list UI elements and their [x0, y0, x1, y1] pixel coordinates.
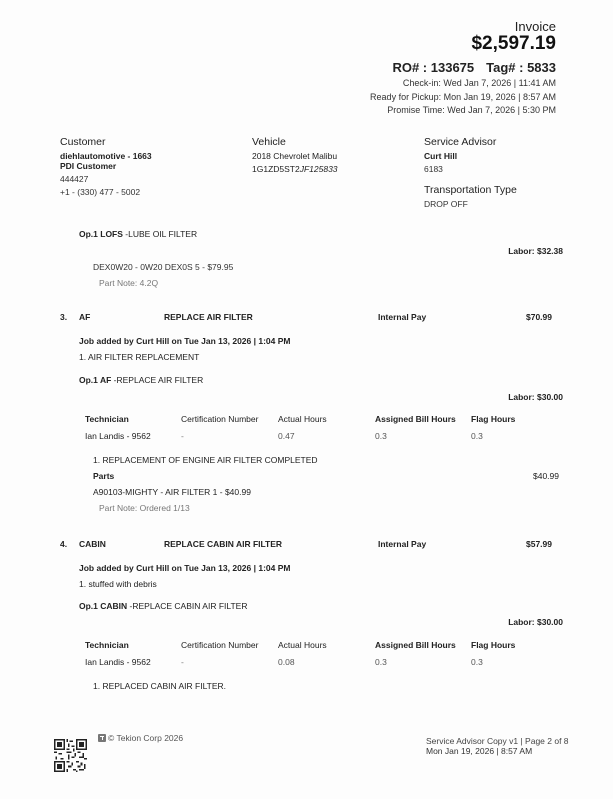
- service-advisor-id: 6183: [424, 164, 443, 174]
- tekion-logo-icon: [98, 734, 106, 742]
- tech-header-technician: Technician: [85, 414, 129, 424]
- job-code: CABIN: [79, 539, 106, 549]
- vehicle-vin: 1G1ZD5ST2JF125833: [252, 164, 338, 174]
- job-pay-type: Internal Pay: [378, 539, 426, 549]
- tech-header-actual: Actual Hours: [278, 414, 327, 424]
- invoice-total: $2,597.19: [471, 33, 556, 55]
- prev-labor: Labor: $32.38: [508, 246, 563, 256]
- job-added-by: Job added by Curt Hill on Tue Jan 13, 20…: [79, 336, 290, 346]
- job-op-code: Op.1 CABIN: [79, 601, 127, 611]
- tech-flag-hours: 0.3: [471, 657, 483, 667]
- tech-header-cert: Certification Number: [181, 640, 258, 650]
- promise-time: Promise Time: Wed Jan 7, 2026 | 5:30 PM: [387, 105, 556, 115]
- tech-header-technician: Technician: [85, 640, 129, 650]
- customer-type: PDI Customer: [60, 161, 116, 171]
- service-advisor-name: Curt Hill: [424, 151, 457, 161]
- vehicle-description: 2018 Chevrolet Malibu: [252, 151, 337, 161]
- prev-part: DEX0W20 - 0W20 DEX0S 5 - $79.95: [93, 262, 233, 272]
- tech-header-cert: Certification Number: [181, 414, 258, 424]
- job-number: 4.: [60, 539, 67, 549]
- job-added-by: Job added by Curt Hill on Tue Jan 13, 20…: [79, 563, 290, 573]
- ro-number: RO# : 133675: [392, 60, 474, 75]
- job-op-line: Op.1 CABIN -REPLACE CABIN AIR FILTER: [79, 601, 247, 611]
- footer-copy-info: Service Advisor Copy v1 | Page 2 of 8: [426, 736, 569, 746]
- job-amount: $57.99: [526, 539, 552, 549]
- job-correction: 1. REPLACEMENT OF ENGINE AIR FILTER COMP…: [93, 455, 318, 465]
- job-title: REPLACE AIR FILTER: [164, 312, 253, 322]
- prev-op-code: Op.1 LOFS: [79, 229, 123, 239]
- qr-code-icon: [54, 739, 87, 772]
- job-op-desc: -REPLACE CABIN AIR FILTER: [130, 601, 248, 611]
- footer-printed-time: Mon Jan 19, 2026 | 8:57 AM: [426, 746, 532, 756]
- tech-header-assigned: Assigned Bill Hours: [375, 640, 456, 650]
- check-in-time: Check-in: Wed Jan 7, 2026 | 11:41 AM: [403, 78, 556, 88]
- tech-bill-hours: 0.3: [375, 431, 387, 441]
- job-code: AF: [79, 312, 90, 322]
- job-title: REPLACE CABIN AIR FILTER: [164, 539, 282, 549]
- customer-heading: Customer: [60, 136, 106, 148]
- job-number: 3.: [60, 312, 67, 322]
- part-line: A90103-MIGHTY - AIR FILTER 1 - $40.99: [93, 487, 251, 497]
- job-labor: Labor: $30.00: [508, 392, 563, 402]
- footer-copyright: © Tekion Corp 2026: [108, 733, 183, 743]
- vin-suffix: JF125833: [300, 164, 338, 174]
- tech-name: Ian Landis - 9562: [85, 431, 151, 441]
- prev-op-desc: -LUBE OIL FILTER: [125, 229, 197, 239]
- tech-header-flag: Flag Hours: [471, 414, 515, 424]
- job-op-line: Op.1 AF -REPLACE AIR FILTER: [79, 375, 203, 385]
- vehicle-heading: Vehicle: [252, 136, 286, 148]
- tech-actual-hours: 0.47: [278, 431, 295, 441]
- transportation-value: DROP OFF: [424, 199, 468, 209]
- job-correction: 1. REPLACED CABIN AIR FILTER.: [93, 681, 226, 691]
- tech-cert: -: [181, 657, 184, 667]
- tech-header-flag: Flag Hours: [471, 640, 515, 650]
- tech-flag-hours: 0.3: [471, 431, 483, 441]
- tech-header-actual: Actual Hours: [278, 640, 327, 650]
- customer-name: diehlautomotive - 1663: [60, 151, 152, 161]
- tech-bill-hours: 0.3: [375, 657, 387, 667]
- service-advisor-heading: Service Advisor: [424, 136, 496, 148]
- tech-actual-hours: 0.08: [278, 657, 295, 667]
- footer-copyright-line: © Tekion Corp 2026: [98, 733, 183, 743]
- tag-number: Tag# : 5833: [486, 60, 556, 75]
- job-labor: Labor: $30.00: [508, 617, 563, 627]
- prev-op-line: Op.1 LOFS -LUBE OIL FILTER: [79, 229, 197, 239]
- transportation-heading: Transportation Type: [424, 184, 517, 196]
- tech-header-assigned: Assigned Bill Hours: [375, 414, 456, 424]
- vin-prefix: 1G1ZD5ST2: [252, 164, 300, 174]
- tech-name: Ian Landis - 9562: [85, 657, 151, 667]
- customer-id: 444427: [60, 174, 88, 184]
- customer-phone: +1 - (330) 477 - 5002: [60, 187, 140, 197]
- parts-label: Parts: [93, 471, 114, 481]
- job-concern: 1. stuffed with debris: [79, 579, 157, 589]
- ro-tag-line: RO# : 133675Tag# : 5833: [392, 60, 556, 75]
- job-op-code: Op.1 AF: [79, 375, 111, 385]
- tech-cert: -: [181, 431, 184, 441]
- job-op-desc: -REPLACE AIR FILTER: [114, 375, 204, 385]
- ready-for-pickup-time: Ready for Pickup: Mon Jan 19, 2026 | 8:5…: [370, 92, 556, 102]
- invoice-title: Invoice: [515, 19, 556, 34]
- job-concern: 1. AIR FILTER REPLACEMENT: [79, 352, 199, 362]
- prev-part-note: Part Note: 4.2Q: [99, 278, 158, 288]
- part-note: Part Note: Ordered 1/13: [99, 503, 190, 513]
- parts-total: $40.99: [533, 471, 559, 481]
- job-pay-type: Internal Pay: [378, 312, 426, 322]
- job-amount: $70.99: [526, 312, 552, 322]
